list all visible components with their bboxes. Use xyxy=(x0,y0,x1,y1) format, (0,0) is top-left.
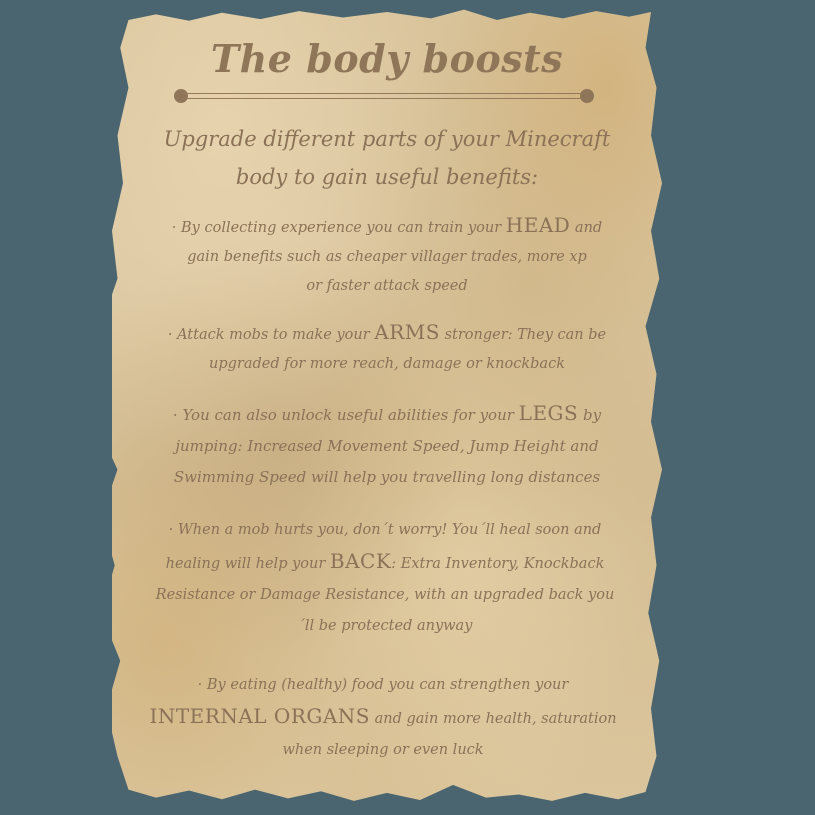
section-back: · When a mob hurts you, don´t worry! You… xyxy=(118,515,652,642)
section-line: healing will help your BACK: Extra Inven… xyxy=(118,546,652,580)
section-line: Swimming Speed will help you travelling … xyxy=(132,462,642,493)
subtitle-line-1: Upgrade different parts of your Minecraf… xyxy=(112,120,662,158)
divider-line xyxy=(182,93,586,99)
section-line: or faster attack speed xyxy=(132,272,642,301)
parchment-content: The body boosts Upgrade different parts … xyxy=(112,8,662,804)
section-line: when sleeping or even luck xyxy=(118,735,648,766)
bullet: · xyxy=(173,406,178,424)
divider-dot-right xyxy=(580,89,594,103)
title-divider xyxy=(174,89,594,103)
section-line: gain benefits such as cheaper villager t… xyxy=(132,243,642,272)
section-line: INTERNAL ORGANS and gain more health, sa… xyxy=(118,701,648,735)
section-line: jumping: Increased Movement Speed, Jump … xyxy=(132,431,642,462)
keyword-arms: ARMS xyxy=(374,320,440,344)
page-title: The body boosts xyxy=(112,36,662,81)
keyword-legs: LEGS xyxy=(519,401,579,425)
section-legs: · You can also unlock useful abilities f… xyxy=(132,398,642,493)
subtitle-line-2: body to gain useful benefits: xyxy=(112,158,662,196)
section-line: · By eating (healthy) food you can stren… xyxy=(118,670,648,701)
section-head: · By collecting experience you can train… xyxy=(132,211,642,301)
section-line: upgraded for more reach, damage or knock… xyxy=(132,350,642,379)
bullet: · xyxy=(169,522,174,538)
section-line: ´ll be protected anyway xyxy=(118,611,652,642)
section-line: · By collecting experience you can train… xyxy=(132,211,642,243)
bullet: · xyxy=(168,327,173,343)
bullet: · xyxy=(172,220,177,236)
keyword-back: BACK xyxy=(330,549,391,573)
subtitle: Upgrade different parts of your Minecraf… xyxy=(112,120,662,196)
bullet: · xyxy=(198,677,203,693)
section-line: · You can also unlock useful abilities f… xyxy=(132,398,642,431)
section-internal-organs: · By eating (healthy) food you can stren… xyxy=(118,670,648,766)
keyword-head: HEAD xyxy=(506,213,571,237)
section-line: · When a mob hurts you, don´t worry! You… xyxy=(118,515,652,546)
section-line: Resistance or Damage Resistance, with an… xyxy=(118,580,652,611)
keyword-internal-organs: INTERNAL ORGANS xyxy=(149,704,370,728)
section-arms: · Attack mobs to make your ARMS stronger… xyxy=(132,318,642,379)
section-line: · Attack mobs to make your ARMS stronger… xyxy=(132,318,642,350)
